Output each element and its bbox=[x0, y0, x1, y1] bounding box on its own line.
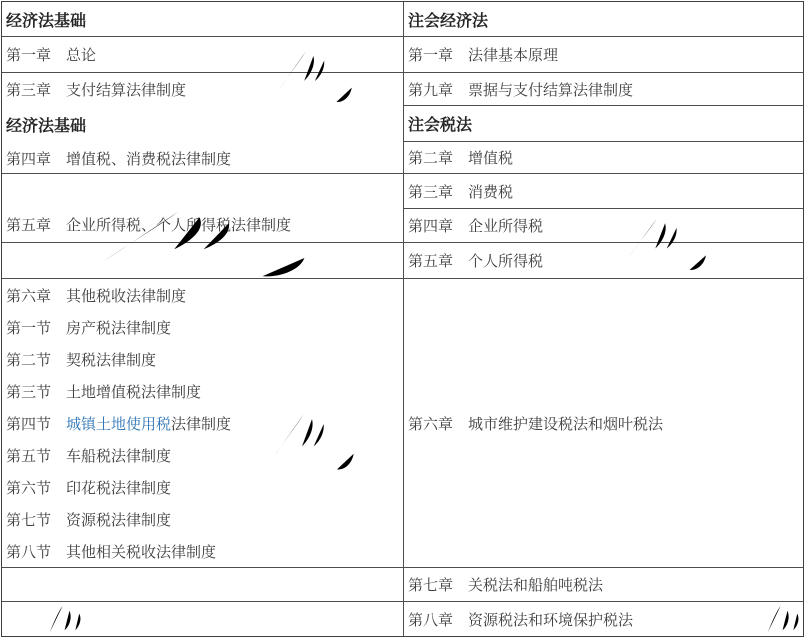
section4-chengzhen-tudi-shiyongshui-link[interactable]: 城镇土地使用税 bbox=[66, 413, 171, 434]
right-chapter9-row: 第九章 票据与支付结算法律制度 bbox=[404, 73, 803, 106]
left-chapter4-row: 第四章 增值税、消费税法律制度 bbox=[2, 142, 403, 174]
left-section2-row: 第二节 契税法律制度 bbox=[2, 343, 403, 375]
section4-suffix: 法律制度 bbox=[171, 413, 231, 434]
left-chapter5-row: 第五章 企业所得税、个人所得税法律制度 bbox=[2, 207, 403, 242]
left-section7-row: 第七节 资源税法律制度 bbox=[2, 503, 403, 535]
left-section6-row: 第六节 印花税法律制度 bbox=[2, 471, 403, 503]
left-section3-row: 第三节 土地增值税法律制度 bbox=[2, 375, 403, 407]
right-chapter4-row: 第四章 企业所得税 bbox=[404, 209, 803, 243]
left-section4-row: 第四节 城镇土地使用税法律制度 bbox=[2, 407, 403, 439]
page: 经济法基础 第一章 总论 第三章 支付结算法律制度 经济法基础 第四章 增值税、… bbox=[0, 0, 806, 637]
left-empty-cell-1 bbox=[2, 243, 404, 279]
left-chapter6-row: 第六章 其他税收法律制度 bbox=[2, 279, 403, 311]
left-chapter6-sections-cell: 第六章 其他税收法律制度 第一节 房产税法律制度 第二节 契税法律制度 第三节 … bbox=[2, 279, 404, 568]
right-chapter3-row: 第三章 消费税 bbox=[404, 174, 803, 209]
right-chapter5-row: 第五章 个人所得税 bbox=[404, 243, 803, 279]
left-chapter3-row: 第三章 支付结算法律制度 bbox=[2, 73, 403, 106]
right-chapter1-row: 第一章 法律基本原理 bbox=[404, 37, 803, 73]
section4-prefix: 第四节 bbox=[6, 413, 66, 434]
left-section8-row: 第八节 其他相关税收法律制度 bbox=[2, 535, 403, 567]
left-section1-row: 第一节 房产税法律制度 bbox=[2, 311, 403, 343]
left-empty-cell-2 bbox=[2, 568, 404, 602]
left-section-header-jingjifa-jichu-2: 经济法基础 bbox=[2, 106, 403, 142]
chapter-comparison-table: 经济法基础 第一章 总论 第三章 支付结算法律制度 经济法基础 第四章 增值税、… bbox=[1, 1, 804, 637]
right-chapter8-row: 第八章 资源税法和环境保护税法 bbox=[404, 602, 803, 636]
left-chapter1-row: 第一章 总论 bbox=[2, 37, 404, 73]
right-chapter7-row: 第七章 关税法和船舶吨税法 bbox=[404, 568, 803, 602]
left-chapter5-cell: 第五章 企业所得税、个人所得税法律制度 bbox=[2, 174, 404, 243]
right-section-header-zhuhui-jingjifa: 注会经济法 bbox=[404, 2, 803, 37]
right-chapter2-row: 第二章 增值税 bbox=[404, 142, 803, 174]
spacer bbox=[2, 174, 403, 207]
left-section5-row: 第五节 车船税法律制度 bbox=[2, 439, 403, 471]
left-merged-cell-ch3-header-ch4: 第三章 支付结算法律制度 经济法基础 第四章 增值税、消费税法律制度 bbox=[2, 73, 404, 174]
left-section-header-jingjifa-jichu: 经济法基础 bbox=[2, 2, 404, 37]
left-empty-cell-3 bbox=[2, 602, 404, 636]
right-chapter6-cell: 第六章 城市维护建设税法和烟叶税法 bbox=[404, 279, 803, 568]
right-section-header-zhuhui-shuifa: 注会税法 bbox=[404, 106, 803, 142]
